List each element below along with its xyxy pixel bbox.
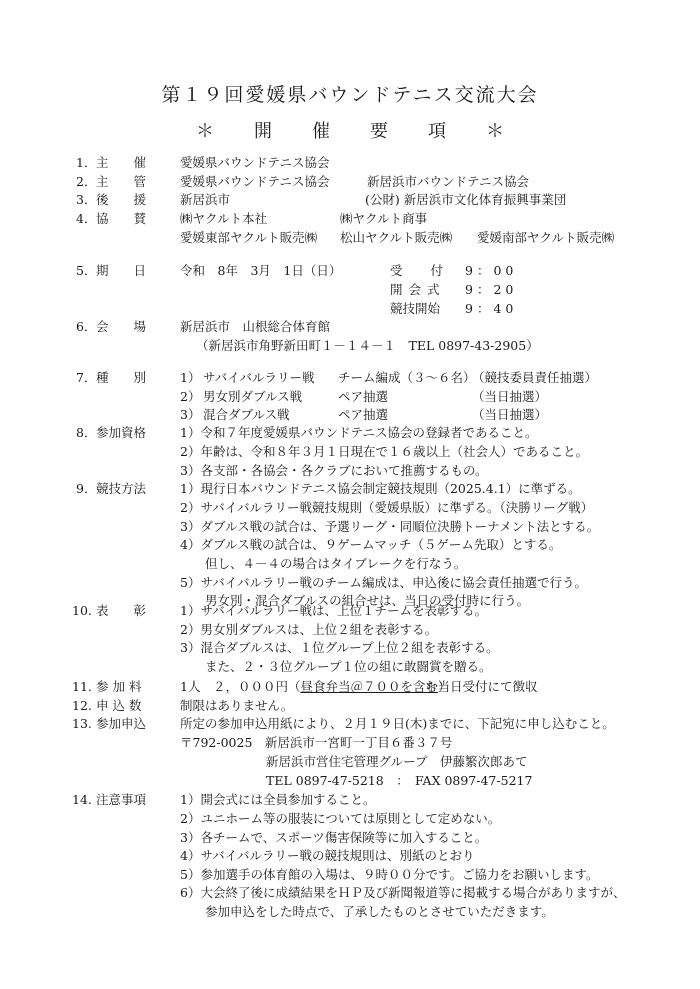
category-format: チーム編成（３～６名） (338, 370, 476, 386)
section-number: 14. (72, 792, 92, 808)
section-number: 7． (76, 370, 96, 386)
section-label: 種 別 (96, 370, 146, 386)
section-value: 新居浜市 (180, 192, 230, 208)
list-item: 2）年齢は、令和８年３月１日現在で１６歳以上（社会人）であること。 (180, 444, 588, 460)
list-item: 3）各支部・各協会・各クラブにおいて推薦するもの。 (180, 463, 487, 479)
section-label: 表 彰 (96, 603, 146, 619)
asterisk-left: ＊ (196, 117, 214, 143)
list-item: また、２・３位グループ１位の組に敢闘賞を贈る。 (180, 659, 492, 675)
list-item: 参加申込をした時点で、了承したものとさせていただきます。 (180, 904, 554, 920)
section-label: 期 日 (96, 263, 146, 279)
sponsor: 愛媛東部ヤクルト販売㈱ (180, 230, 317, 246)
section-number: 10. (72, 603, 92, 619)
section-label: 協 賛 (96, 211, 146, 227)
category-note: （当日抽選） (472, 407, 547, 423)
fee-lunch-note: 昼食弁当＠７００を含む (300, 679, 438, 694)
section-number: 1． (76, 155, 96, 171)
section-value: 新居浜市バウンドテニス協会 (367, 174, 529, 190)
category-name: 混合ダブルス戦 (203, 407, 290, 423)
section-label: 参 加 料 (96, 679, 141, 695)
section-label: 参加申込 (96, 716, 146, 732)
schedule-label: 開 会 式 (390, 282, 440, 298)
schedule-label: 競技開始 (390, 301, 440, 317)
venue-name: 新居浜市 山根総合体育館 (180, 319, 330, 335)
section-number: 2． (76, 174, 96, 190)
category-name: 男女別ダブルス戦 (203, 389, 302, 405)
section-label: 主 催 (96, 155, 146, 171)
section-label: 注意事項 (96, 792, 146, 808)
list-item: 2）サバイバルラリー戦競技規則（愛媛県版）に準ずる。（決勝リーグ戦） (180, 500, 593, 516)
list-item: 3）混合ダブルスは、１位グループ上位２組を表彰する。 (180, 640, 499, 656)
section-label: 会 場 (96, 319, 146, 335)
application-instructions: 所定の参加申込用紙により、２月１９日(木)までに、下記宛に申し込むこと。 (180, 716, 615, 732)
section-number: 4． (76, 211, 96, 227)
list-item: 1）サバイバルラリー戦は、上位１チームを表彰する。 (180, 603, 487, 619)
section-number: 8． (76, 425, 96, 441)
subtitle-char: 開 (254, 117, 272, 143)
section-number: 9． (76, 481, 96, 497)
category-number: 2） (180, 389, 200, 405)
list-item: 1）現行日本バウンドテニス協会制定競技規則（2025.4.1）に準ずる。 (180, 481, 581, 497)
asterisk-right: ＊ (486, 117, 504, 143)
section-number: 3． (76, 192, 96, 208)
fee-amount: 1人 ２，０００円（ (180, 679, 300, 694)
list-item: 1）開会式には全員参加すること。 (180, 792, 375, 808)
document-title: 第１９回愛媛県バウンドテニス交流大会 (0, 80, 700, 107)
schedule-label: 受 付 (390, 263, 444, 279)
schedule-time: 9：00 (465, 263, 517, 279)
section-label: 主 管 (96, 174, 146, 190)
subtitle-char: 催 (312, 117, 330, 143)
subtitle-char: 要 (370, 117, 388, 143)
list-item: 2）男女別ダブルスは、上位２組を表彰する。 (180, 622, 437, 638)
category-note: （当日抽選） (472, 389, 547, 405)
list-item: 3）ダブルス戦の試合は、予選リーグ・同順位決勝トーナメント法とする。 (180, 519, 599, 535)
list-item: 5）参加選手の体育館の入場は、９時００分です。ご協力をお願いします。 (180, 867, 598, 883)
fee-collection-note: ＊当日受付にて徴収 (425, 679, 538, 695)
category-name: サバイバルラリー戦 (203, 370, 315, 386)
category-number: 1） (180, 370, 200, 386)
list-item: 5）サバイバルラリー戦のチーム編成は、申込後に協会責任抽選で行う。 (180, 575, 587, 591)
category-format: ペア抽選 (338, 389, 388, 405)
section-number: 6． (76, 319, 96, 335)
entry-fee: 1人 ２，０００円（昼食弁当＠７００を含む） (180, 679, 451, 695)
schedule-time: 9：20 (465, 282, 517, 298)
venue-address: （新居浜市角野新田町１－１４－１ TEL 0897-43-2905） (196, 338, 539, 354)
category-format: ペア抽選 (338, 407, 388, 423)
section-number: 11. (72, 679, 92, 695)
list-item: 1）令和７年度愛媛県バウンドテニス協会の登録者であること。 (180, 425, 537, 441)
list-item: 但し、４－４の場合はタイブレークを行なう。 (180, 556, 466, 572)
section-label: 参加資格 (96, 425, 146, 441)
list-item: 4）サバイバルラリー戦の競技規則は、別紙のとおり (180, 848, 474, 864)
section-label: 後 援 (96, 192, 146, 208)
application-address: 〒792-0025 新居浜市一宮町一丁目６番３７号 (180, 735, 452, 751)
schedule-time: 9：40 (465, 301, 517, 317)
list-item: 6）大会終了後に成績結果をＨＰ及び新聞報道等に掲載する場合がありますが、 (180, 885, 625, 901)
application-recipient: 新居浜市営住宅管理グループ 伊藤繁次郎あて (266, 754, 528, 770)
section-value: 愛媛県バウンドテニス協会 (180, 174, 330, 190)
sponsor: ㈱ヤクルト商事 (340, 211, 427, 227)
list-item: 4）ダブルス戦の試合は、９ゲームマッチ（５ゲーム先取）とする。 (180, 537, 561, 553)
section-label: 競技方法 (96, 481, 146, 497)
section-number: 5． (76, 263, 96, 279)
list-item: 2）ユニホーム等の服装については原則として定めない。 (180, 811, 500, 827)
category-number: 3） (180, 407, 200, 423)
event-date: 令和 8年 3月 1日（日） (180, 263, 341, 279)
section-number: 13. (72, 716, 92, 732)
list-item: 3）各チームで、スポーツ傷害保険等に加入すること。 (180, 830, 487, 846)
category-note: （競技委員責任抽選） (472, 370, 597, 386)
sponsor: 愛媛南部ヤクルト販売㈱ (477, 230, 614, 246)
section-label: 申 込 数 (96, 698, 141, 714)
section-value: (公財) 新居浜市文化体育振興事業団 (365, 192, 566, 208)
section-number: 12. (72, 698, 92, 714)
application-phone-fax: TEL 0897-47-5218 ： FAX 0897-47-5217 (266, 773, 532, 789)
sponsor: 松山ヤクルト販売㈱ (340, 230, 452, 246)
section-value: 愛媛県バウンドテニス協会 (180, 155, 330, 171)
sponsor: ㈱ヤクルト本社 (180, 211, 267, 227)
subtitle-char: 項 (428, 117, 446, 143)
section-value: 制限はありません。 (180, 698, 293, 714)
document-subtitle: ＊開催要項＊ (0, 117, 700, 143)
